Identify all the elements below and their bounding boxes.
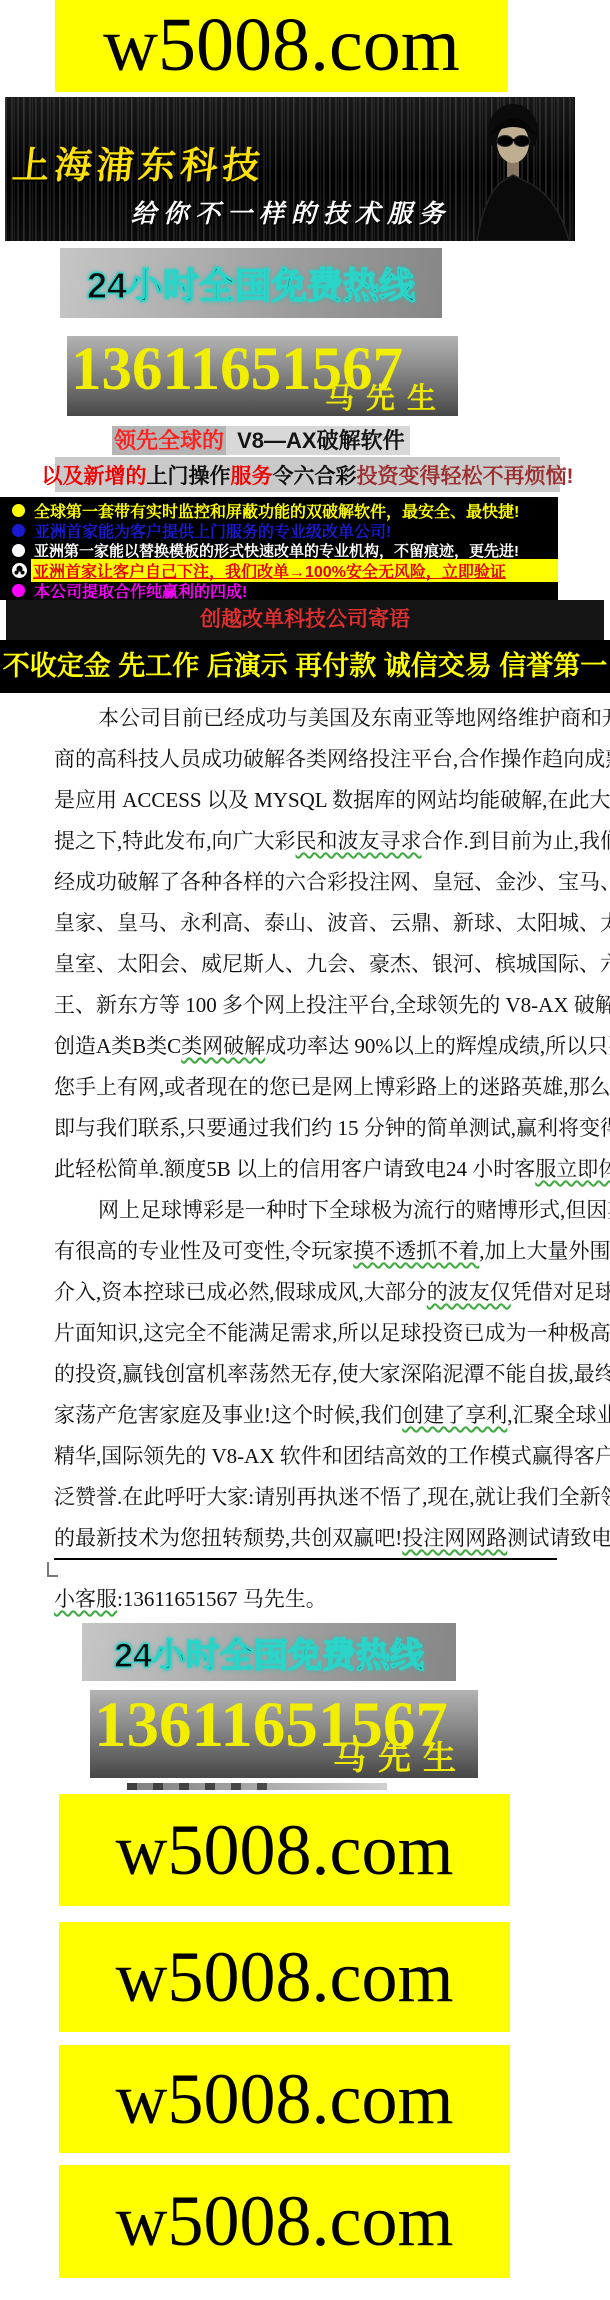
lead-text-segment: V8—AX破解软件 [226,426,410,455]
text-run: 介入,资本控球已成必然,假球成风,大部分 [54,1280,427,1304]
text-run: 皇室、太阳会、威尼斯人、九会、豪杰、银河、槟城国际、六合冠 [54,952,610,976]
hero-banner: 上海浦东科技 给你不一样的技术服务 [5,97,575,241]
bullet-dot-icon [12,544,25,557]
bullet-dot-icon [12,584,25,597]
company-motto: 不收定金 先工作 后演示 再付款 诚信交易 信誉第一 [0,640,610,693]
text-run: ,汇聚全球业内 [507,1403,610,1427]
article-line: 经成功破解了各种各样的六合彩投注网、皇冠、金沙、宝马、三星、 [54,862,559,903]
domain-banner-top[interactable]: w5008.com [55,0,508,92]
phone-banner: 13611651567 马先生 [90,1690,478,1778]
feature-bullet-list: 全球第一套带有实时监控和屏蔽功能的双破解软件，最安全、最快捷!亚洲首家能为客户提… [0,497,558,600]
text-run: 家荡产危害家庭及事业!这个时候,我们 [54,1403,402,1427]
bullet-row: 本公司提取合作纯赢利的四成! [0,580,558,600]
partial-banner-strip [127,1783,387,1790]
article-line: 王、新东方等 100 多个网上投注平台,全球领先的 V8-AX 破解软件, [54,985,559,1026]
text-run: 商的高科技人员成功破解各类网络投注平台,合作操作趋向成熟,凡 [54,747,610,771]
article-text: 本公司目前已经成功与美国及东南亚等地网络维护商和开发商的高科技人员成功破解各类网… [54,698,559,1559]
text-run: 凭借对足球的 [511,1280,610,1304]
subline-text-segment: 令六合彩 [273,460,357,490]
text-run: 测试请致电 24 [507,1526,610,1550]
spellcheck-underlined-text: 类网破解 [181,1034,265,1058]
subline-text-segment: 以及新增的 [42,460,147,490]
text-run: 皇家、皇马、永利高、泰山、波音、云鼎、新球、太阳城、太阳岛、 [54,911,610,935]
cursor-tick-mark [47,1562,58,1577]
text-run: 您手上有网,或者现在的您已是网上博彩路上的迷路英雄,那么请立 [54,1075,610,1099]
hotline-label: 24小时全国免费热线 [114,1628,424,1677]
soccer-ball-icon [12,563,27,578]
text-run: 本公司目前已经成功与美国及东南亚等地网络维护商和开发 [98,706,610,730]
horizontal-rule [54,1558,557,1560]
contact-name: 马先生 [325,376,448,417]
text-run: 泛赞誉.在此呼吁大家:请别再执迷不悟了,现在,就让我们全新领域 [54,1485,610,1509]
article-line: 有很高的专业性及可变性,令玩家摸不透抓不着,加上大量外围庄家 [54,1231,559,1272]
text-run: 网上足球博彩是一种时下全球极为流行的赌博形式,但因其具 [98,1198,610,1222]
text-run: 的投资,赢钱创富机率荡然无存,使大家深陷泥潭不能自拔,最终倾 [54,1362,610,1386]
bullet-row: 亚洲第一家能以替换模板的形式快速改单的专业机构，不留痕迹，更先进! [0,540,558,560]
domain-banner-bottom[interactable]: w5008.com [59,2165,510,2278]
spellcheck-underlined-text: 创建了享利 [402,1403,507,1427]
hotline-label: 24小时全国免费热线 [87,258,415,309]
bullet-row: 全球第一套带有实时监控和屏蔽功能的双破解软件，最安全、最快捷! [0,500,558,520]
article-line: 介入,资本控球已成必然,假球成风,大部分的波友仅凭借对足球的 [54,1272,559,1313]
hero-slogan: 给你不一样的技术服务 [131,194,451,230]
text-run: 创造A类B类C [54,1034,181,1058]
article-line: 此轻松简单.额度5B 以上的信用客户请致电24 小时客服立即体验! [54,1149,559,1190]
text-run: 提之下,特此发布,向广大彩 [54,829,296,853]
lead-text-segment: 领先全球的 [112,426,226,455]
bullet-row: 亚洲首家让客户自己下注，我们改单→100%安全无风险，立即验证 [0,560,558,580]
article-line: 您手上有网,或者现在的您已是网上博彩路上的迷路英雄,那么请立 [54,1067,559,1108]
hotline-banner: 24小时全国免费热线 [82,1623,456,1681]
phone-banner: 13611651567 马先生 [67,336,458,416]
article-line: 即与我们联系,只要通过我们约 15 分钟的简单测试,赢利将变得如 [54,1108,559,1149]
text-run: ,加上大量外围庄家 [479,1239,610,1263]
text-run: :13611651567 马先生。 [117,1587,327,1611]
article-line: 的最新技术为您扭转颓势,共创双赢吧!投注网网路测试请致电 24 [54,1518,559,1559]
text-run: 合作.到目前为止,我们已 [422,829,610,853]
text-run: 有很高的专业性及可变性,令玩家 [54,1239,353,1263]
subline-text-segment: 服务 [231,460,273,490]
bullet-text: 本公司提取合作纯赢利的四成! [34,579,247,602]
text-run: 是应用 ACCESS 以及 MYSQL 数据库的网站均能破解,在此大好前 [54,788,610,812]
lead-line: 领先全球的 V8—AX破解软件 [112,424,410,454]
spellcheck-underlined-text: 摸不透抓不着 [353,1239,479,1263]
text-run: 精华,国际领先的 V8-AX 软件和团结高效的工作模式赢得客户的广 [54,1444,610,1468]
spellcheck-underlined-text: 小客服 [54,1587,117,1611]
article-line: 皇室、太阳会、威尼斯人、九会、豪杰、银河、槟城国际、六合冠 [54,944,559,985]
article-line: 商的高科技人员成功破解各类网络投注平台,合作操作趋向成熟,凡 [54,739,559,780]
subline-text-segment: 投资变得轻松不再烦恼! [357,460,574,490]
text-run: 经成功破解了各种各样的六合彩投注网、皇冠、金沙、宝马、三星、 [54,870,610,894]
article-line: 泛赞誉.在此呼吁大家:请别再执迷不悟了,现在,就让我们全新领域 [54,1477,559,1518]
article-line: 网上足球博彩是一种时下全球极为流行的赌博形式,但因其具 [54,1190,559,1231]
spellcheck-underlined-text: 民和波友寻求 [296,829,422,853]
article-line: 提之下,特此发布,向广大彩民和波友寻求合作.到目前为止,我们已 [54,821,559,862]
bullet-dot-icon [12,504,25,517]
spellcheck-underlined-text: 的波友仅 [427,1280,511,1304]
article-line: 皇家、皇马、永利高、泰山、波音、云鼎、新球、太阳城、太阳岛、 [54,903,559,944]
article-line: 创造A类B类C类网破解成功率达 90%以上的辉煌成绩,所以只要 [54,1026,559,1067]
text-run: 此轻松简单.额度5B 以上的信用客户请致电24 小时客 [54,1157,535,1181]
bullet-dot-icon [12,524,25,537]
bullet-row: 亚洲首家能为客户提供上门服务的专业级改单公司! [0,520,558,540]
hotline-banner: 24小时全国免费热线 [60,248,442,318]
bullet-text: 亚洲首家能为客户提供上门服务的专业级改单公司! [34,519,391,542]
domain-banner-bottom[interactable]: w5008.com [59,1794,510,1906]
article-line: 是应用 ACCESS 以及 MYSQL 数据库的网站均能破解,在此大好前 [54,780,559,821]
page: w5008.com 上海浦东科技 给你不一样的技术服务 24小时全国免费热线 1… [0,0,610,2300]
subline-text-segment: 上门操作 [147,460,231,490]
article-line: 家荡产危害家庭及事业!这个时候,我们创建了享利,汇聚全球业内 [54,1395,559,1436]
article-line: 片面知识,这完全不能满足需求,所以足球投资已成为一种极高风险 [54,1313,559,1354]
text-run: 王、新东方等 100 多个网上投注平台,全球领先的 V8-AX 破解软件, [54,993,610,1017]
spellcheck-underlined-text: 服立即体 [535,1157,610,1181]
contact-name: 马先生 [333,1732,468,1779]
text-run: 即与我们联系,只要通过我们约 15 分钟的简单测试,赢利将变得如 [54,1116,610,1140]
contact-footer-line: 小客服:13611651567 马先生。 [54,1584,327,1614]
text-run: 的最新技术为您扭转颓势,共创双赢吧! [54,1526,402,1550]
domain-banner-bottom[interactable]: w5008.com [59,2045,510,2153]
company-motto-title: 创越改单科技公司寄语 [6,600,604,640]
promo-subline: 以及新增的上门操作服务令六合彩投资变得轻松不再烦恼! [55,457,560,492]
text-run: 片面知识,这完全不能满足需求,所以足球投资已成为一种极高风险 [54,1321,610,1345]
domain-banner-bottom[interactable]: w5008.com [59,1922,510,2032]
spellcheck-underlined-text: 投注网网路 [402,1526,507,1550]
bullet-text: 亚洲第一家能以替换模板的形式快速改单的专业机构，不留痕迹，更先进! [34,540,519,561]
article-line: 精华,国际领先的 V8-AX 软件和团结高效的工作模式赢得客户的广 [54,1436,559,1477]
article-line: 的投资,赢钱创富机率荡然无存,使大家深陷泥潭不能自拔,最终倾 [54,1354,559,1395]
hero-brand-title: 上海浦东科技 [10,135,268,189]
article-line: 本公司目前已经成功与美国及东南亚等地网络维护商和开发 [54,698,559,739]
text-run: 成功率达 90%以上的辉煌成绩,所以只要 [265,1034,610,1058]
